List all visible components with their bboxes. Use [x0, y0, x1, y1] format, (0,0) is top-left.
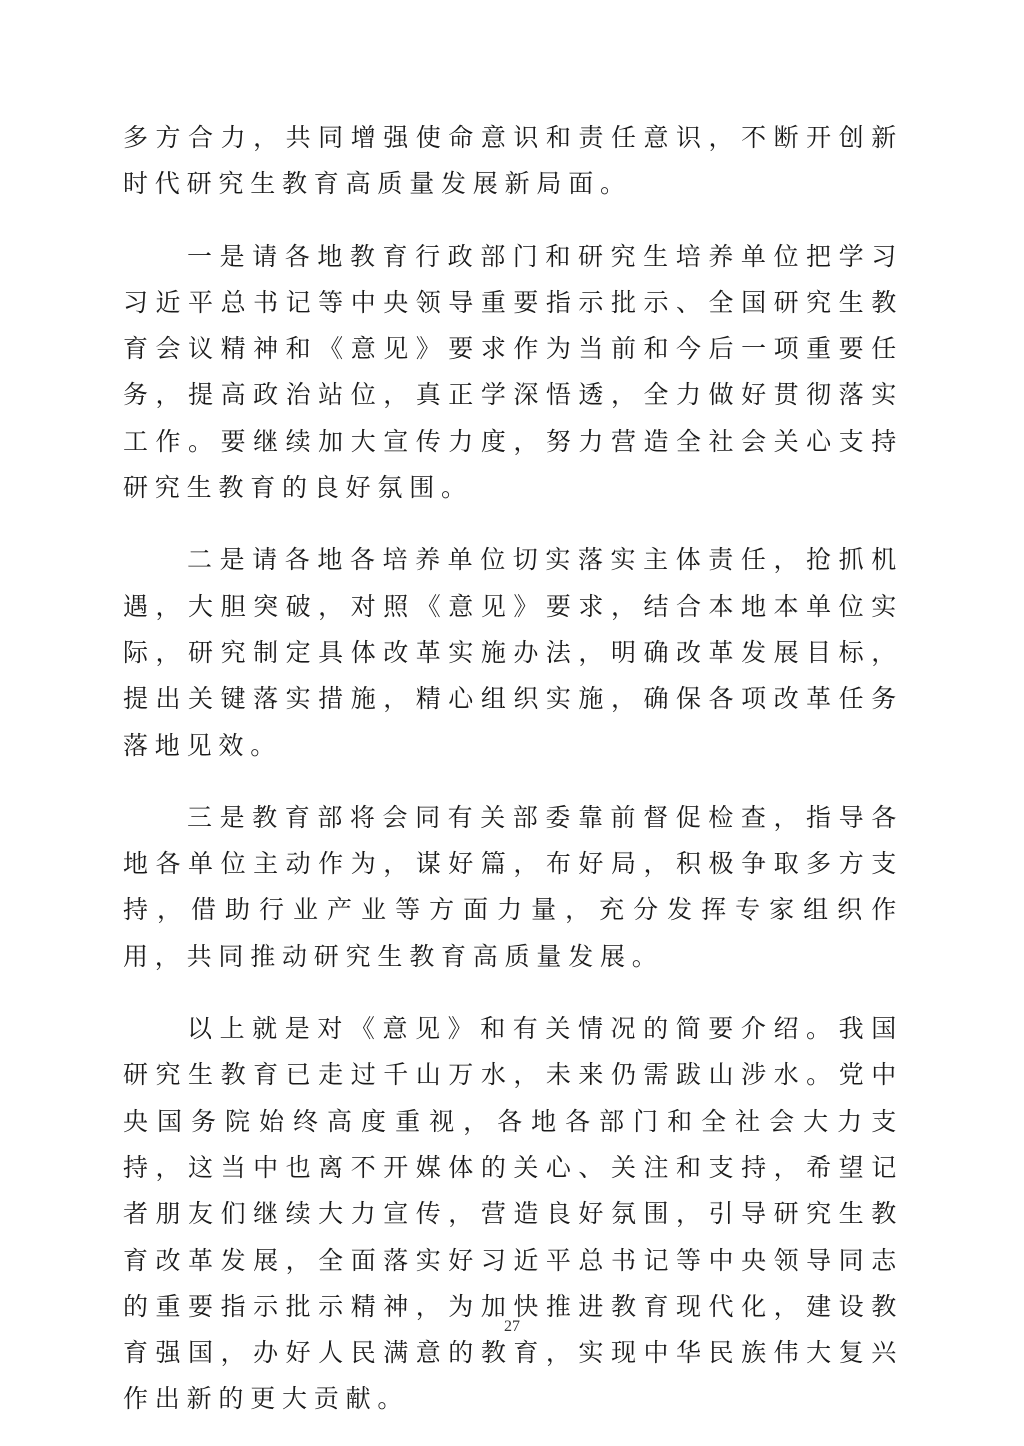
paragraph-continuation: 多方合力，共同增强使命意识和责任意识，不断开创新时代研究生教育高质量发展新局面。 — [123, 115, 903, 208]
document-body: 多方合力，共同增强使命意识和责任意识，不断开创新时代研究生教育高质量发展新局面。… — [123, 115, 903, 1446]
paragraph-point-two: 二是请各地各培养单位切实落实主体责任，抢抓机遇，大胆突破，对照《意见》要求，结合… — [123, 537, 903, 768]
paragraph-point-one: 一是请各地教育行政部门和研究生培养单位把学习习近平总书记等中央领导重要指示批示、… — [123, 234, 903, 512]
document-page: 多方合力，共同增强使命意识和责任意识，不断开创新时代研究生教育高质量发展新局面。… — [0, 0, 1024, 1446]
page-number: 27 — [0, 1318, 1024, 1336]
paragraph-point-three: 三是教育部将会同有关部委靠前督促检查，指导各地各单位主动作为，谋好篇，布好局，积… — [123, 795, 903, 980]
paragraph-conclusion: 以上就是对《意见》和有关情况的简要介绍。我国研究生教育已走过千山万水，未来仍需跋… — [123, 1006, 903, 1423]
